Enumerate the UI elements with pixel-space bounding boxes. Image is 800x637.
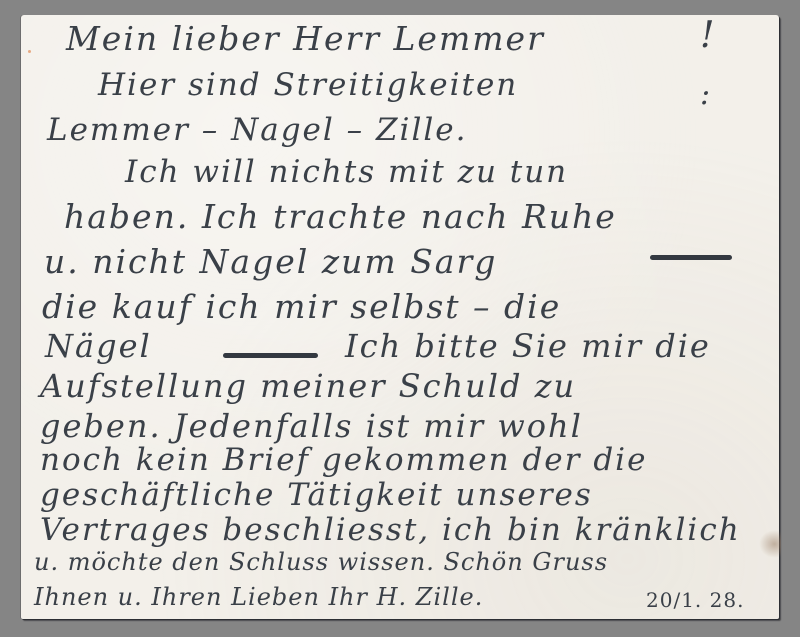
paper-stain <box>759 530 781 558</box>
letter-date: 20/1. 28. <box>646 590 744 610</box>
text-line-10: geben. Jedenfalls ist mir wohl <box>40 410 583 442</box>
text-line-4: Ich will nichts mit zu tun <box>125 157 568 188</box>
text-line-5: haben. Ich trachte nach Ruhe <box>64 200 617 233</box>
text-line-3: Lemmer – Nagel – Zille. <box>47 115 468 146</box>
dash-stroke <box>650 255 732 260</box>
text-line-6: u. nicht Nagel zum Sarg <box>44 245 497 278</box>
text-line-13: Vertrages beschliesst, ich bin kränklich <box>40 515 741 546</box>
text-line-7: die kauf ich mir selbst – die <box>42 290 561 323</box>
text-line-8a: Nägel <box>45 330 152 362</box>
text-line-14: u. möchte den Schluss wissen. Schön Grus… <box>34 550 608 574</box>
text-line-8b: Ich bitte Sie mir die <box>345 330 711 362</box>
salutation-line: Mein lieber Herr Lemmer <box>66 22 545 55</box>
text-line-9: Aufstellung meiner Schuld zu <box>40 370 576 402</box>
paper-speck <box>28 50 31 53</box>
dash-stroke <box>223 353 318 358</box>
text-line-2: Hier sind Streitigkeiten <box>98 70 518 101</box>
text-line-11: noch kein Brief gekommen der die <box>40 445 647 476</box>
colon-mark: : <box>700 80 711 110</box>
text-line-12: geschäftliche Tätigkeit unseres <box>40 480 593 511</box>
closing-signature-line: Ihnen u. Ihren Lieben Ihr H. Zille. <box>34 585 483 609</box>
exclamation-mark: ! <box>700 18 715 54</box>
scan-viewport: Mein lieber Herr Lemmer ! Hier sind Stre… <box>0 0 800 637</box>
